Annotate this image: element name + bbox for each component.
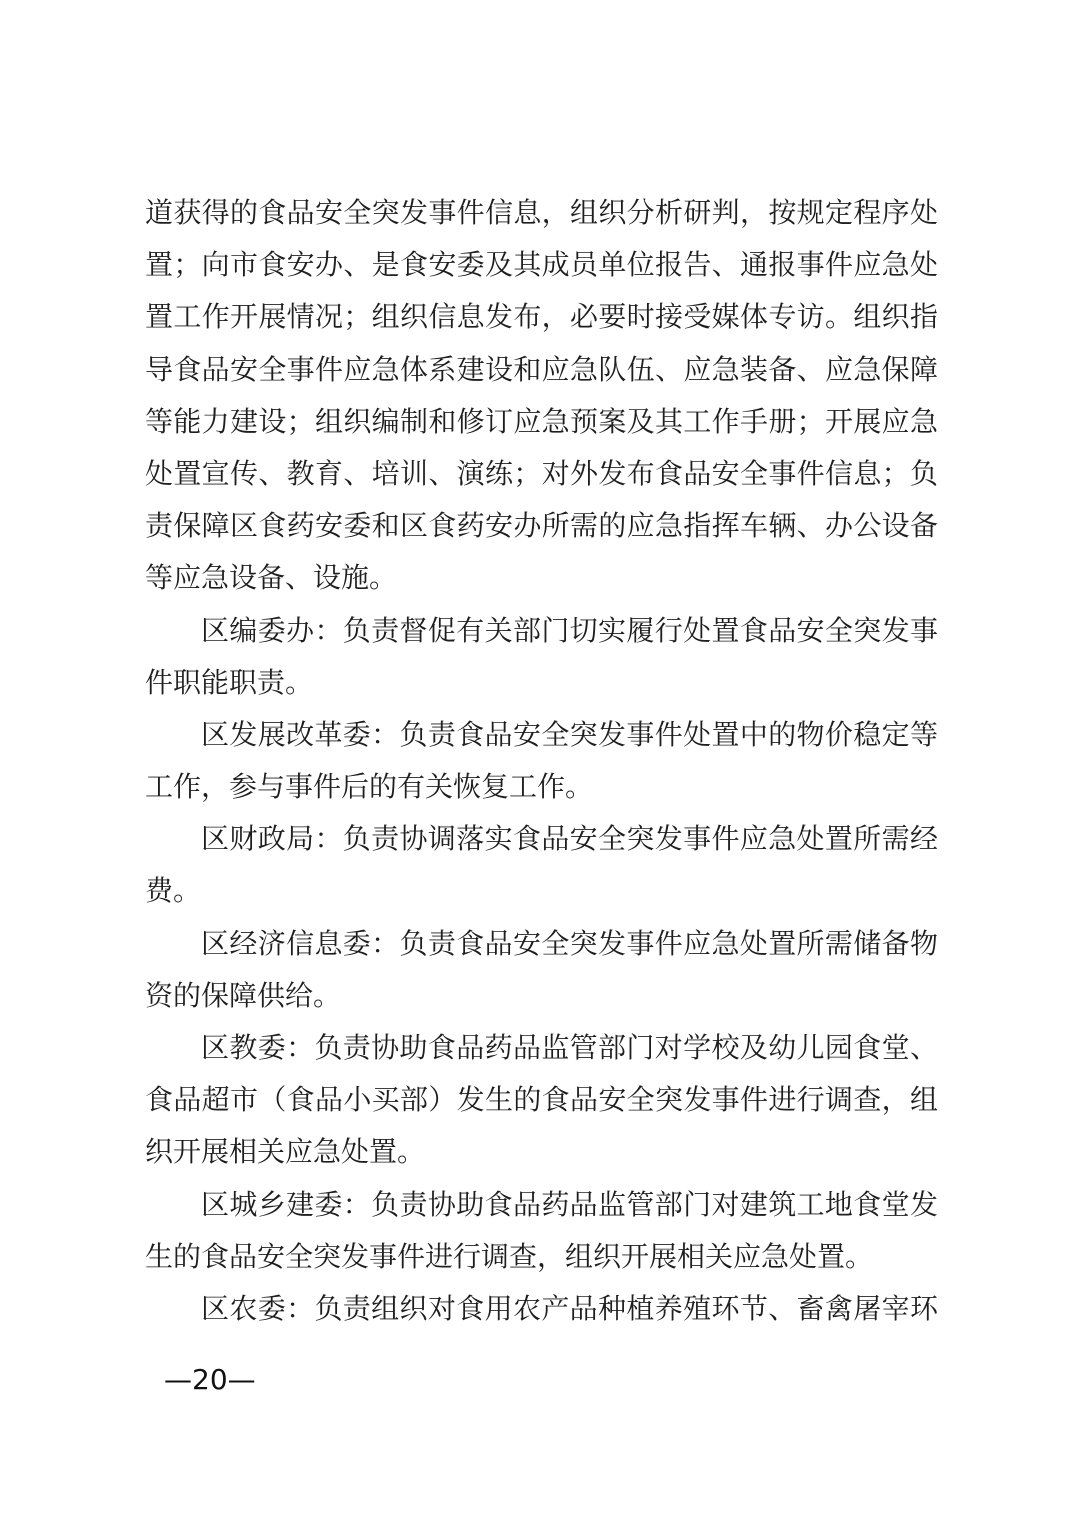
text-line: 等应急设备、设施。 [145, 553, 938, 605]
text-line: 区发展改革委：负责食品安全突发事件处置中的物价稳定等 [145, 710, 938, 762]
text-line: 区农委：负责组织对食用农产品种植养殖环节、畜禽屠宰环 [145, 1284, 938, 1336]
text-line: 生的食品安全突发事件进行调查，组织开展相关应急处置。 [145, 1232, 938, 1284]
text-line: 区编委办：负责督促有关部门切实履行处置食品安全突发事 [145, 606, 938, 658]
text-line: 件职能职责。 [145, 658, 938, 710]
text-line: 区教委：负责协助食品药品监管部门对学校及幼儿园食堂、 [145, 1023, 938, 1075]
text-line: 置工作开展情况；组织信息发布，必要时接受媒体专访。组织指 [145, 292, 938, 344]
text-line: 资的保障供给。 [145, 971, 938, 1023]
text-line: 织开展相关应急处置。 [145, 1127, 938, 1179]
document-body: 道获得的食品安全突发事件信息，组织分析研判，按规定程序处 置；向市食安办、是食安… [145, 188, 938, 1336]
text-line: 食品超市（食品小买部）发生的食品安全突发事件进行调查，组 [145, 1075, 938, 1127]
text-line: 处置宣传、教育、培训、演练；对外发布食品安全事件信息；负 [145, 449, 938, 501]
text-line: 费。 [145, 866, 938, 918]
text-line: 置；向市食安办、是食安委及其成员单位报告、通报事件应急处 [145, 240, 938, 292]
text-line: 责保障区食药安委和区食药安办所需的应急指挥车辆、办公设备 [145, 501, 938, 553]
text-line: 道获得的食品安全突发事件信息，组织分析研判，按规定程序处 [145, 188, 938, 240]
text-line: 区财政局：负责协调落实食品安全突发事件应急处置所需经 [145, 814, 938, 866]
text-line: 区经济信息委：负责食品安全突发事件应急处置所需储备物 [145, 919, 938, 971]
text-line: 导食品安全事件应急体系建设和应急队伍、应急装备、应急保障 [145, 345, 938, 397]
page-number: —20— [164, 1360, 256, 1400]
text-line: 工作，参与事件后的有关恢复工作。 [145, 762, 938, 814]
document-page: 道获得的食品安全突发事件信息，组织分析研判，按规定程序处 置；向市食安办、是食安… [0, 0, 1074, 1520]
text-line: 等能力建设；组织编制和修订应急预案及其工作手册；开展应急 [145, 397, 938, 449]
text-line: 区城乡建委：负责协助食品药品监管部门对建筑工地食堂发 [145, 1180, 938, 1232]
